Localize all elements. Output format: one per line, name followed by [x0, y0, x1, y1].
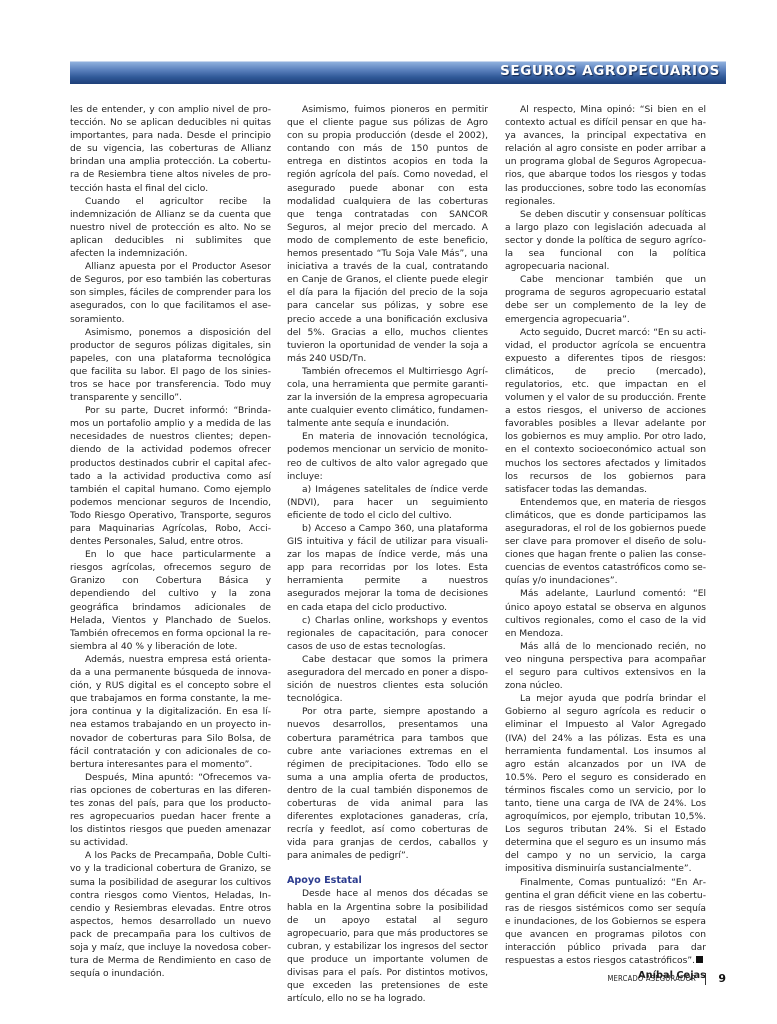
paragraph: Más adelante, Laurlund comentó: “El únic…	[505, 588, 706, 640]
publication-name: MERCADO ASEGURADOR	[607, 974, 696, 983]
paragraph: La mejor ayuda que podría brindar el Go­…	[505, 693, 706, 876]
paragraph: En materia de innovación tecnológica, po…	[287, 431, 488, 483]
subheading-apoyo-estatal: Apoyo Estatal	[287, 874, 488, 887]
paragraph: Por otra parte, siempre apostando a nue­…	[287, 706, 488, 863]
paragraph: Cabe destacar que somos la primera asegu…	[287, 654, 488, 706]
paragraph: Acto seguido, Ducret marcó: “En su acti­…	[505, 327, 706, 497]
paragraph: Asimismo, ponemos a disposición del prod…	[70, 327, 271, 406]
list-item: b) Acceso a Campo 360, una plataforma GI…	[287, 523, 488, 615]
paragraph-text: Finalmente, Comas puntualizó: “En Ar­gen…	[505, 878, 706, 967]
page-number: 9	[718, 972, 726, 985]
paragraph: Desde hace al menos dos décadas se ha­bl…	[287, 888, 488, 1006]
paragraph: A los Packs de Precampaña, Doble Culti­v…	[70, 850, 271, 981]
end-of-article-icon	[696, 956, 703, 963]
column-1: les de entender, y con amplio nivel de p…	[70, 104, 271, 981]
list-item: a) Imágenes satelitales de índice verde …	[287, 484, 488, 523]
paragraph: Al respecto, Mina opinó: “Si bien en el …	[505, 104, 706, 209]
paragraph: Entendemos que, en materia de riesgos cl…	[505, 497, 706, 589]
paragraph: Por su parte, Ducret informó: “Brinda­mo…	[70, 405, 271, 549]
paragraph: Se deben discutir y consensuar políticas…	[505, 209, 706, 274]
final-paragraph: Finalmente, Comas puntualizó: “En Ar­gen…	[505, 877, 706, 969]
column-3: Al respecto, Mina opinó: “Si bien en el …	[505, 104, 706, 983]
page-footer: MERCADO ASEGURADOR 9	[590, 973, 730, 987]
paragraph: Allianz apuesta por el Productor Asesor …	[70, 261, 271, 326]
paragraph: Cuando el agricultor recibe la indemniza…	[70, 196, 271, 261]
paragraph: les de entender, y con amplio nivel de p…	[70, 104, 271, 196]
paragraph: En lo que hace particularmente a riesgos…	[70, 549, 271, 654]
list-item: c) Charlas online, workshops y eventos r…	[287, 615, 488, 654]
paragraph: Cabe mencionar también que un progra­ma …	[505, 274, 706, 326]
column-2: Asimismo, fuimos pioneros en permitir qu…	[287, 104, 488, 1006]
section-title: SEGUROS AGROPECUARIOS	[500, 63, 720, 79]
paragraph: Además, nuestra empresa está orienta­da …	[70, 654, 271, 772]
article-body: les de entender, y con amplio nivel de p…	[70, 104, 726, 966]
paragraph: También ofrecemos el Multirriesgo Agrí­c…	[287, 366, 488, 431]
paragraph: Después, Mina apuntó: “Ofrecemos va­rias…	[70, 772, 271, 851]
paragraph: Más allá de lo mencionado recién, no veo…	[505, 641, 706, 693]
paragraph: Asimismo, fuimos pioneros en permitir qu…	[287, 104, 488, 366]
section-header-bar: SEGUROS AGROPECUARIOS	[70, 61, 726, 84]
footer-divider	[705, 973, 706, 985]
